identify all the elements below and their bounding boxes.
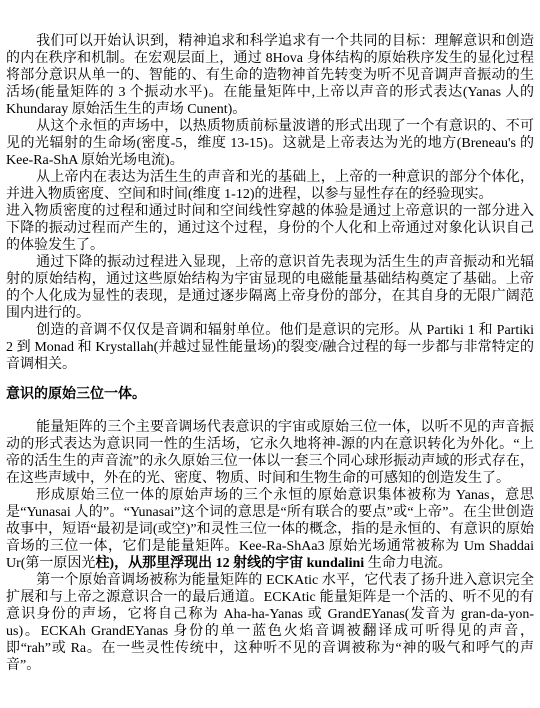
paragraph: 第一个原始音调场被称为能量矩阵的 ECKAtic 水平，它代表了扬升进入意识完全…: [6, 572, 534, 674]
section-heading: 意识的原始三位一体。: [6, 386, 534, 403]
text-run: 从上帝内在表达为活生生的声音和光的基础上，上帝的一种意识的部分个体化，并进入物质…: [6, 170, 534, 202]
document-body: 我们可以开始认识到，精神追求和科学追求有一个共同的目标：理解意识和创造的内在秩序…: [6, 33, 534, 674]
document-page: 我们可以开始认识到，精神追求和科学追求有一个共同的目标：理解意识和创造的内在秩序…: [0, 0, 540, 708]
paragraph: 我们可以开始认识到，精神追求和科学追求有一个共同的目标：理解意识和创造的内在秩序…: [6, 33, 534, 118]
bold-text-run: 意识的原始三位一体。: [6, 387, 146, 402]
text-run: 我们可以开始认识到，精神追求和科学追求有一个共同的目标：理解意识和创造的内在秩序…: [6, 34, 534, 117]
paragraph: 创造的音调不仅仅是音调和辐射单位。他们是意识的完形。从 Partiki 1 和 …: [6, 322, 534, 373]
text-run: 能量矩阵的三个主要音调场代表意识的宇宙或原始三位一体，以听不见的声音振动的形式表…: [6, 420, 534, 486]
text-run: 进入物质密度的过程和通过时间和空间线性穿越的体验是通过上帝意识的一部分进入下降的…: [6, 204, 534, 253]
text-run: 第一个原始音调场被称为能量矩阵的 ECKAtic 水平，它代表了扬升进入意识完全…: [6, 573, 534, 673]
text-run: 通过下降的振动过程进入显现，上帝的意识首先表现为活生生的声音振动和光辐射的原始结…: [6, 255, 534, 321]
text-run: 创造的音调不仅仅是音调和辐射单位。他们是意识的完形。从 Partiki 1 和 …: [6, 323, 534, 372]
paragraph: 从这个永恒的声场中，以热质物质前标量波谱的形式出现了一个有意识的、不可见的光辐射…: [6, 118, 534, 169]
paragraph: 从上帝内在表达为活生生的声音和光的基础上，上帝的一种意识的部分个体化，并进入物质…: [6, 169, 534, 203]
paragraph: 通过下降的振动过程进入显现，上帝的意识首先表现为活生生的声音振动和光辐射的原始结…: [6, 254, 534, 322]
paragraph: 形成原始三位一体的原始声场的三个永恒的原始意识集体被称为 Yanas，意思是“Y…: [6, 487, 534, 572]
text-run: 从这个永恒的声场中，以热质物质前标量波谱的形式出现了一个有意识的、不可见的光辐射…: [6, 119, 534, 168]
paragraph: 能量矩阵的三个主要音调场代表意识的宇宙或原始三位一体，以听不见的声音振动的形式表…: [6, 419, 534, 487]
paragraph: 进入物质密度的过程和通过时间和空间线性穿越的体验是通过上帝意识的一部分进入下降的…: [6, 203, 534, 254]
text-run: 生命力电流。: [364, 556, 452, 571]
bold-text-run: 柱)，从那里浮现出 12 射线的宇宙 kundalini: [95, 556, 364, 571]
